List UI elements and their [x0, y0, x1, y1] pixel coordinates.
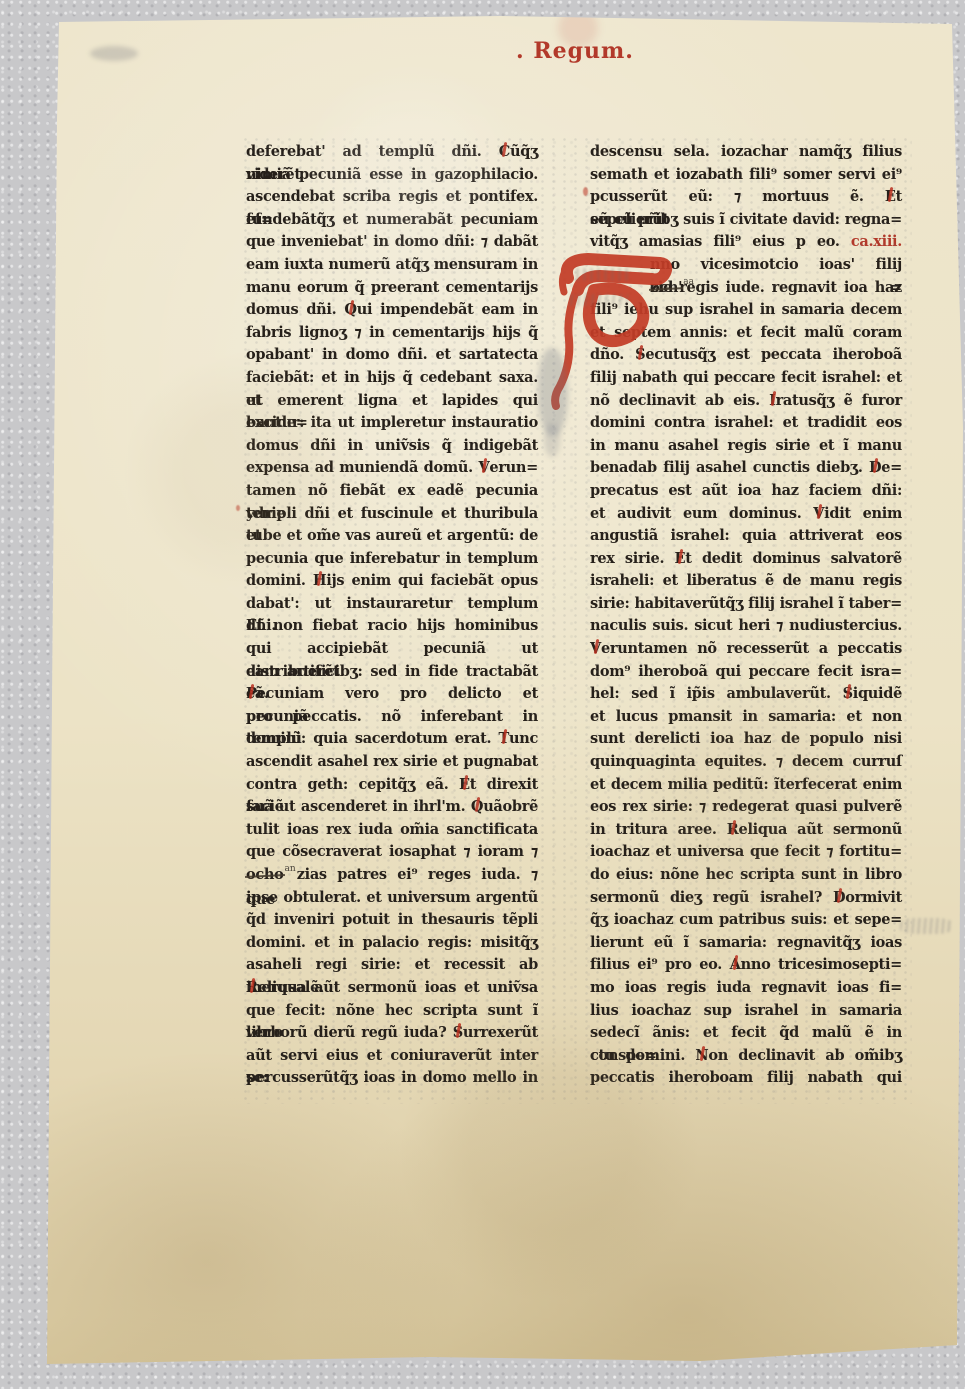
text-line: qui accipiebãt pecuniã ut distribuerẽt — [246, 638, 538, 661]
text-line: domus dñi. Qui impendebãt eam in — [246, 299, 538, 322]
text-line: nimiã pecuniã esse in gazophilacio. — [246, 164, 538, 187]
text-line: angustiã israhel: quia attriverat eos — [590, 525, 902, 548]
text-line: contra geth: cepitq̃ʒ eã. Et direxit fac… — [246, 774, 538, 797]
text-line: benadab filij asahel cunctis diebʒ. De= — [590, 457, 902, 480]
text-line: sirie: habitaverũtq̃ʒ filij israhel ĩ ta… — [590, 593, 902, 616]
text-line: quinquaginta equites. ⁊ decem curruſ — [590, 751, 902, 774]
text-line: ipse obtulerat. et universum argentũ — [246, 887, 538, 910]
text-line: in manu asahel regis sirie et ĩ manu — [590, 435, 902, 458]
text-line: ochoanzias patres ei⁹ reges iuda. ⁊ que — [246, 864, 538, 887]
initial-letter-glyph — [552, 248, 672, 418]
text-column-left: deferebat' ad templũ dñi. Cũq̃ʒ viderẽtn… — [246, 141, 538, 1090]
photo-background: { "page": { "running_title": ". Regum.",… — [0, 0, 965, 1389]
text-line: israheli: et liberatus ẽ de manu regis — [590, 570, 902, 593]
text-line: domus dñi in uniṽsis q̃ indigebãt — [246, 435, 538, 458]
text-line: que cõsecraverat iosaphat ⁊ ioram ⁊ — [246, 841, 538, 864]
text-line: sermonũ dieʒ regũ israhel? Dormivit — [590, 887, 902, 910]
text-line: precatus est aũt ioa haz faciem dñi: — [590, 480, 902, 503]
text-line: pcusserũt eũ: ⁊ mortuus ẽ. Et sepelierũt — [590, 186, 902, 209]
red-speck — [583, 187, 588, 196]
text-line: in tritura aree. Reliqua aũt sermonũ — [590, 819, 902, 842]
text-line: ascendebat scriba regis et pontifex. ef= — [246, 186, 538, 209]
text-line: que inveniebat' in domo dñi: ⁊ dabãt — [246, 231, 538, 254]
margin-annotation-smudge — [900, 918, 952, 934]
text-line: naculis suis. sicut heri ⁊ nudiustercius… — [590, 615, 902, 638]
text-line: faciebãt: et in hijs q̃ cedebant saxa. e… — [246, 367, 538, 390]
text-line: ctu domini. Non declinavit ab om̃ibʒ — [590, 1045, 902, 1068]
text-line: eos rex sirie: ⁊ redegerat quasi pulverẽ — [590, 796, 902, 819]
text-line: mo ioas regis iuda regnavit ioas fi= — [590, 977, 902, 1000]
text-line: semath et iozabath fili⁹ somer servi ei⁹ — [590, 164, 902, 187]
text-line: filius ei⁹ pro eo. Anno tricesimosepti= — [590, 954, 902, 977]
text-line: expensa ad muniendã domũ. Verun= — [246, 457, 538, 480]
text-line: percusserũtq̃ʒ ioas in domo mello in — [246, 1067, 538, 1090]
text-line: q̃d inveniri potuit in thesauris tẽpli — [246, 909, 538, 932]
text-line: lierunt eũ ĩ samaria: regnavitq̃ʒ ioas — [590, 932, 902, 955]
text-line: sedecĩ ãnis: et fecit q̃d malũ ẽ in cons… — [590, 1022, 902, 1045]
text-line: domini. Hijs enim qui faciebãt opus — [246, 570, 538, 593]
text-line: lius ioachaz sup israhel in samaria — [590, 1000, 902, 1023]
text-line: et decem milia peditũ: ĩterfecerat enim — [590, 774, 902, 797]
illuminated-initial-A — [552, 248, 672, 418]
manuscript-page: . Regum. deferebat' ad templũ dñi. Cũq̃ʒ… — [40, 8, 965, 1370]
text-line: bantur: ita ut impleretur instauratio — [246, 412, 538, 435]
text-line: et lucus pmansit in samaria: et non — [590, 706, 902, 729]
text-line: sunt derelicti ioa haz de populo nisi — [590, 728, 902, 751]
text-line: ascendit asahel rex sirie et pugnabat — [246, 751, 538, 774]
text-line: fundebãtq̃ʒ et numerabãt pecuniam — [246, 209, 538, 232]
text-line: Veruntamen nõ recesserũt a peccatis — [590, 638, 902, 661]
text-line: rex sirie. Et dedit dominus salvatorẽ — [590, 548, 902, 571]
text-line: do eius: nõne hec scripta sunt in libro — [590, 864, 902, 887]
text-line: Pecuniam vero pro delicto et pecuniã — [246, 683, 538, 706]
pencil-smudge — [90, 46, 138, 61]
text-line: peccatis iheroboam filij nabath qui — [590, 1067, 902, 1090]
text-line: dabat': ut instauraretur templum dñi. — [246, 593, 538, 616]
text-line: domini. et in palacio regis: misitq̃ʒ — [246, 932, 538, 955]
text-line: tamen nõ fiebãt ex eadẽ pecunia ydrie — [246, 480, 538, 503]
text-line: domini: quia sacerdotum erat. Tunc — [246, 728, 538, 751]
ink-blot-smudge — [544, 423, 560, 457]
text-line: et audivit eum dominus. Vidit enim — [590, 503, 902, 526]
text-line: tulit ioas rex iuda om̃ia sanctificata — [246, 819, 538, 842]
text-line: fabris lignoʒ ⁊ in cementarijs hijs q̃ — [246, 322, 538, 345]
text-line: eam artificibʒ: sed in fide tractabãt eã… — [246, 661, 538, 684]
text-line: asaheli regi sirie: et recessit ab iheru… — [246, 954, 538, 977]
text-line: descensu sela. iozachar namq̃ʒ filius — [590, 141, 902, 164]
text-line: verborũ dierũ regũ iuda? Surrexerũt — [246, 1022, 538, 1045]
text-line: suã ut ascenderet in ihrl'm. Quãobrẽ — [246, 796, 538, 819]
text-line: pecunia que inferebatur in templum — [246, 548, 538, 571]
text-line: ioachaz et universa que fecit ⁊ fortitu= — [590, 841, 902, 864]
text-line: Et non fiebat racio hijs hominibus — [246, 615, 538, 638]
text-line: manu eorum q̃ preerant cementarijs — [246, 277, 538, 300]
text-line: aũt servi eius et coniuraverũt inter se: — [246, 1045, 538, 1068]
running-title: . Regum. — [425, 38, 725, 64]
text-line: hel: sed ĩ ip̃is ambulaverũt. Siquidẽ — [590, 683, 902, 706]
text-line: que fecit: nõne hec scripta sunt ĩ libro — [246, 1000, 538, 1023]
text-line: ut emerent ligna et lapides qui excide= — [246, 390, 538, 413]
text-line: Reliqua aũt sermonũ ioas et uniṽsa — [246, 977, 538, 1000]
text-line: q̃ʒ ioachaz cum patribus suis: et sepe= — [590, 909, 902, 932]
text-line: templi dñi et fuscinule et thuribula et — [246, 503, 538, 526]
text-line: eam iuxta numerũ atq̃ʒ mensuram in — [246, 254, 538, 277]
text-line: tube et om̃e vas aureũ et argentũ: de — [246, 525, 538, 548]
text-line: dom⁹ iheroboã qui peccare fecit isra= — [590, 661, 902, 684]
text-line: pro peccatis. nõ inferebant in templũ — [246, 706, 538, 729]
text-line: opabant' in domo dñi. et sartatecta — [246, 344, 538, 367]
text-line: deferebat' ad templũ dñi. Cũq̃ʒ viderẽt — [246, 141, 538, 164]
red-speck — [236, 505, 240, 511]
text-line: eũ cũ pr̃ibʒ suis ĩ civitate david: regn… — [590, 209, 902, 232]
